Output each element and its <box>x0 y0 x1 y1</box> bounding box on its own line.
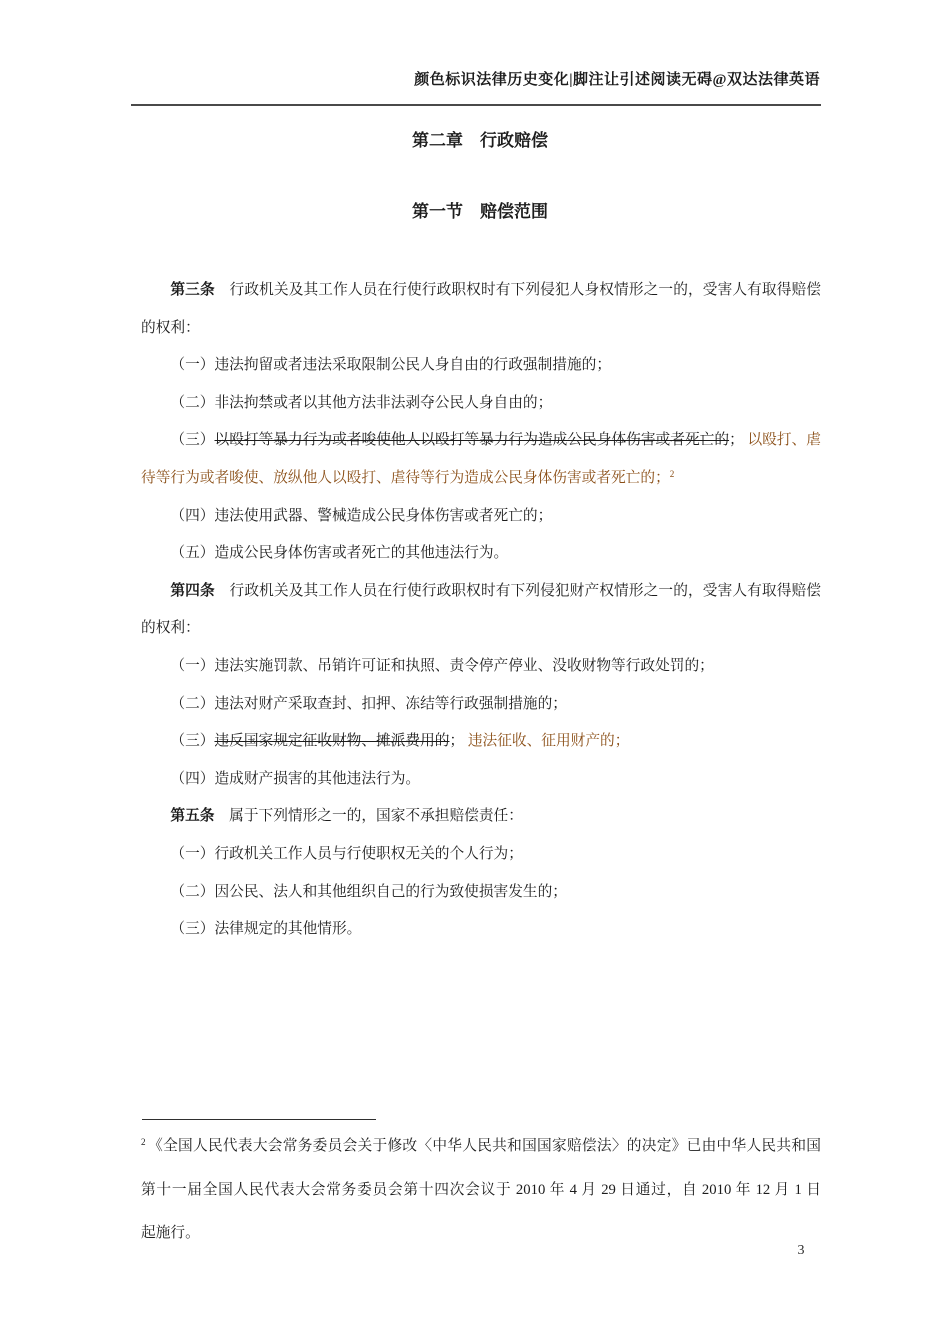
paragraph: （一）违法拘留或者违法采取限制公民人身自由的行政强制措施的； <box>141 347 821 385</box>
text-segment: （二）非法拘禁或者以其他方法非法剥夺公民人身自由的； <box>170 395 552 411</box>
chapter-title: 第二章 行政赔偿 <box>140 126 820 151</box>
deleted-text: 违反国家规定征收财物、摊派费用的 <box>214 733 449 749</box>
text-segment: （二）因公民、法人和其他组织自己的行为致使损害发生的； <box>170 884 567 900</box>
header-slogan: 颜色标识法律历史变化|脚注让引述阅读无碍@双达法律英语 <box>140 68 820 89</box>
paragraph: （五）造成公民身体伤害或者死亡的其他违法行为。 <box>141 535 821 573</box>
paragraph: （二）因公民、法人和其他组织自己的行为致使损害发生的； <box>141 874 821 912</box>
paragraph: （四）造成财产损害的其他违法行为。 <box>141 761 821 799</box>
text-segment: 行政机关及其工作人员在行使行政职权时有下列侵犯人身权情形之一的，受害人有取得赔偿… <box>141 282 821 336</box>
document-body: 第三条 行政机关及其工作人员在行使行政职权时有下列侵犯人身权情形之一的，受害人有… <box>141 272 821 949</box>
paragraph: 第四条 行政机关及其工作人员在行使行政职权时有下列侵犯财产权情形之一的，受害人有… <box>141 573 821 648</box>
page-number: 3 <box>741 1243 861 1259</box>
text-segment: ； <box>729 432 747 448</box>
footnote-line: 2 《全国人民代表大会常务委员会关于修改〈中华人民共和国国家赔偿法〉的决定》已由… <box>141 1125 821 1169</box>
paragraph: （四）违法使用武器、警械造成公民身体伤害或者死亡的； <box>141 498 821 536</box>
inserted-text: 违法征收、征用财产的； <box>468 733 630 749</box>
paragraph: （三）法律规定的其他情形。 <box>141 911 821 949</box>
text-segment: 第五条 <box>170 808 214 824</box>
paragraph: （三）以殴打等暴力行为或者唆使他人以殴打等暴力行为造成公民身体伤害或者死亡的； … <box>141 422 821 497</box>
footnote-line: 第十一届全国人民代表大会常务委员会第十四次会议于 2010 年 4 月 29 日… <box>141 1169 821 1213</box>
footnote-marker: 2 <box>141 1137 148 1147</box>
footnote-separator <box>142 1119 376 1120</box>
deleted-text: 以殴打等暴力行为或者唆使他人以殴打等暴力行为造成公民身体伤害或者死亡的 <box>215 432 730 448</box>
text-segment: （三） <box>170 432 214 448</box>
header-rule <box>131 104 821 106</box>
text-segment: 第三条 <box>170 282 214 298</box>
paragraph: （三）违反国家规定征收财物、摊派费用的； 违法征收、征用财产的； <box>141 723 821 761</box>
text-segment: （四）违法使用武器、警械造成公民身体伤害或者死亡的； <box>170 508 552 524</box>
paragraph: （二）违法对财产采取查封、扣押、冻结等行政强制措施的； <box>141 686 821 724</box>
text-segment: （一）行政机关工作人员与行使职权无关的个人行为； <box>170 846 523 862</box>
text-segment: ； <box>449 733 467 749</box>
text-segment: （五）造成公民身体伤害或者死亡的其他违法行为。 <box>170 545 508 561</box>
footnote-ref: 2 <box>670 469 675 479</box>
text-segment: （三）法律规定的其他情形。 <box>170 921 361 937</box>
paragraph: （一）违法实施罚款、吊销许可证和执照、责令停产停业、没收财物等行政处罚的； <box>141 648 821 686</box>
text-segment: （四）造成财产损害的其他违法行为。 <box>170 771 420 787</box>
text-segment: （二）违法对财产采取查封、扣押、冻结等行政强制措施的； <box>170 696 567 712</box>
text-segment: 行政机关及其工作人员在行使行政职权时有下列侵犯财产权情形之一的，受害人有取得赔偿… <box>141 583 821 637</box>
text-segment: （一）违法实施罚款、吊销许可证和执照、责令停产停业、没收财物等行政处罚的； <box>170 658 713 674</box>
text-segment: 属于下列情形之一的，国家不承担赔偿责任： <box>214 808 522 824</box>
footnote: 2 《全国人民代表大会常务委员会关于修改〈中华人民共和国国家赔偿法〉的决定》已由… <box>141 1125 821 1256</box>
paragraph: 第三条 行政机关及其工作人员在行使行政职权时有下列侵犯人身权情形之一的，受害人有… <box>141 272 821 347</box>
paragraph: 第五条 属于下列情形之一的，国家不承担赔偿责任： <box>141 798 821 836</box>
section-title: 第一节 赔偿范围 <box>140 197 820 222</box>
footnote-line: 起施行。 <box>141 1212 821 1256</box>
paragraph: （二）非法拘禁或者以其他方法非法剥夺公民人身自由的； <box>141 385 821 423</box>
paragraph: （一）行政机关工作人员与行使职权无关的个人行为； <box>141 836 821 874</box>
text-segment: 第四条 <box>170 583 214 599</box>
text-segment: （一）违法拘留或者违法采取限制公民人身自由的行政强制措施的； <box>170 357 611 373</box>
text-segment: （三） <box>170 733 214 749</box>
